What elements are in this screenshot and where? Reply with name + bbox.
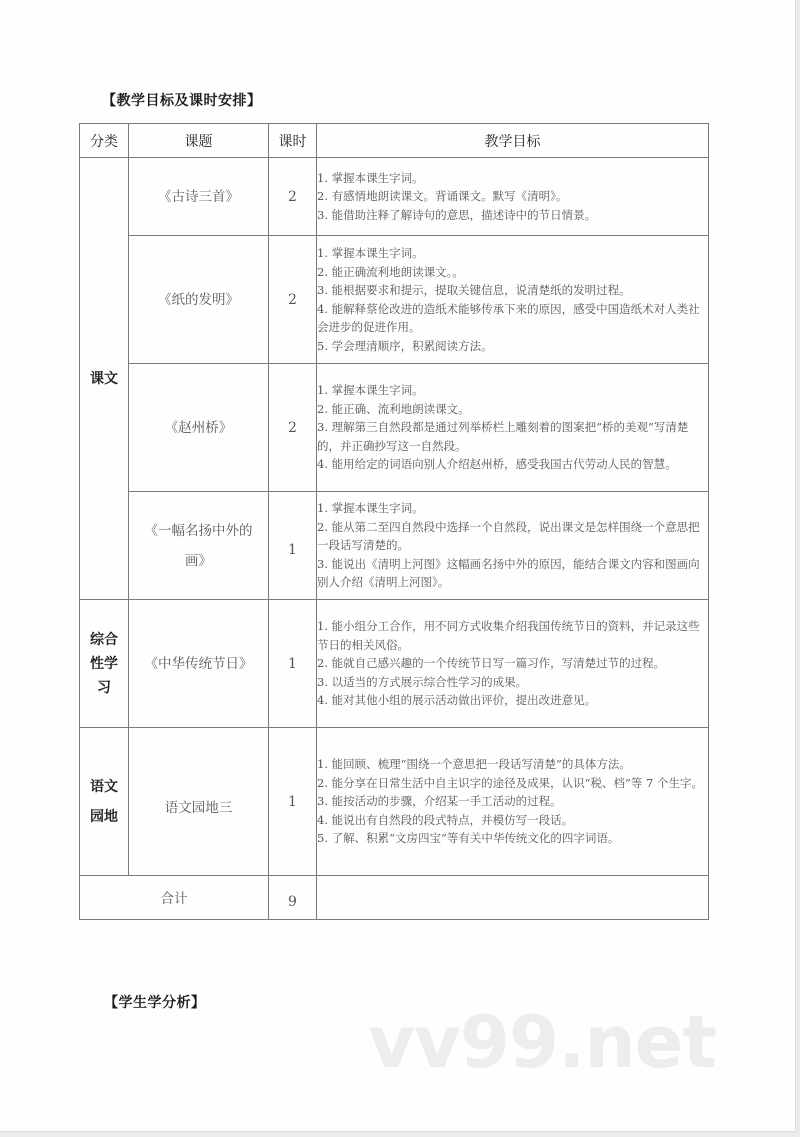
goal-item: 2. 能正确、流利地朗读课文。	[317, 400, 708, 419]
goal-item: 1. 掌握本课生字词。	[317, 499, 708, 518]
total-label: 合计	[80, 876, 269, 920]
goal-item: 4. 能说出有自然段的段式特点，并模仿写一段话。	[317, 811, 708, 830]
header-goals: 教学目标	[317, 124, 709, 158]
goal-item: 2. 能从第二至四自然段中选择一个自然段，说出课文是怎样围绕一个意思把一段话写清…	[317, 518, 708, 555]
section-title-student-analysis: 【学生学分析】	[104, 992, 206, 1012]
lesson-plan-table: 分类 课题 课时 教学目标 课文 《古诗三首》 2 1. 掌握本课生字词。 2.…	[79, 123, 709, 920]
hours-cell: 1	[269, 492, 317, 600]
total-goals	[317, 876, 709, 920]
watermark: vv99.net	[368, 1000, 716, 1084]
lesson-cell: 《古诗三首》	[129, 158, 269, 236]
table-row: 《纸的发明》 2 1. 掌握本课生字词。 2. 能正确流利地朗读课文。。 3. …	[80, 236, 709, 364]
goals-cell: 1. 掌握本课生字词。 2. 有感情地朗读课文。背诵课文。默写《清明》。 3. …	[317, 158, 709, 236]
goal-item: 1. 能回顾、梳理“围绕一个意思把一段话写清楚”的具体方法。	[317, 755, 708, 774]
goals-cell: 1. 掌握本课生字词。 2. 能从第二至四自然段中选择一个自然段，说出课文是怎样…	[317, 492, 709, 600]
table-row: 《赵州桥》 2 1. 掌握本课生字词。 2. 能正确、流利地朗读课文。 3. 理…	[80, 364, 709, 492]
section-title-teaching-goals: 【教学目标及课时安排】	[102, 90, 262, 110]
goal-item: 2. 能就自己感兴趣的一个传统节日写一篇习作，写清楚过节的过程。	[317, 654, 708, 673]
category-label: 语文园地	[90, 779, 118, 825]
table-row: 《一幅名扬中外的画》 1 1. 掌握本课生字词。 2. 能从第二至四自然段中选择…	[80, 492, 709, 600]
hours-cell: 2	[269, 236, 317, 364]
hours-cell: 2	[269, 364, 317, 492]
goals-cell: 1. 掌握本课生字词。 2. 能正确、流利地朗读课文。 3. 理解第三自然段都是…	[317, 364, 709, 492]
hours-cell: 1	[269, 728, 317, 876]
goal-item: 5. 学会理清顺序，积累阅读方法。	[317, 337, 708, 356]
lesson-cell: 《赵州桥》	[129, 364, 269, 492]
goal-item: 2. 能正确流利地朗读课文。。	[317, 263, 708, 282]
goal-item: 3. 能说出《清明上河图》这幅画名扬中外的原因，能结合课文内容和图画向别人介绍《…	[317, 555, 708, 592]
table-header-row: 分类 课题 课时 教学目标	[80, 124, 709, 158]
goals-cell: 1. 能小组分工合作，用不同方式收集介绍我国传统节日的资料，并记录这些节日的相关…	[317, 600, 709, 728]
lesson-cell: 《一幅名扬中外的画》	[129, 492, 269, 600]
goal-item: 4. 能用给定的词语向别人介绍赵州桥，感受我国古代劳动人民的智慧。	[317, 455, 708, 474]
goal-item: 1. 掌握本课生字词。	[317, 244, 708, 263]
goal-item: 1. 掌握本课生字词。	[317, 381, 708, 400]
lesson-cell: 《纸的发明》	[129, 236, 269, 364]
goal-item: 2. 能分享在日常生活中自主识字的途径及成果，认识“税、档”等 7 个生字。	[317, 774, 708, 793]
category-cell: 语文园地	[80, 728, 129, 876]
goal-item: 4. 能对其他小组的展示活动做出评价，提出改进意见。	[317, 691, 708, 710]
goal-item: 3. 能按活动的步骤，介绍某一手工活动的过程。	[317, 792, 708, 811]
hours-cell: 2	[269, 158, 317, 236]
document-page: 【教学目标及课时安排】 分类 课题 课时 教学目标 课文 《古诗三首》 2 1.	[0, 0, 796, 1132]
table-row: 课文 《古诗三首》 2 1. 掌握本课生字词。 2. 有感情地朗读课文。背诵课文…	[80, 158, 709, 236]
goal-item: 1. 掌握本课生字词。	[317, 169, 708, 188]
category-label: 综合性学习	[90, 632, 118, 696]
category-cell: 综合性学习	[80, 600, 129, 728]
table-row: 综合性学习 《中华传统节日》 1 1. 能小组分工合作，用不同方式收集介绍我国传…	[80, 600, 709, 728]
total-row: 合计 9	[80, 876, 709, 920]
category-cell: 课文	[80, 158, 129, 600]
goals-cell: 1. 掌握本课生字词。 2. 能正确流利地朗读课文。。 3. 能根据要求和提示，…	[317, 236, 709, 364]
table-row: 语文园地 语文园地三 1 1. 能回顾、梳理“围绕一个意思把一段话写清楚”的具体…	[80, 728, 709, 876]
header-lesson: 课题	[129, 124, 269, 158]
goal-item: 1. 能小组分工合作，用不同方式收集介绍我国传统节日的资料，并记录这些节日的相关…	[317, 617, 708, 654]
goal-item: 2. 有感情地朗读课文。背诵课文。默写《清明》。	[317, 187, 708, 206]
lesson-cell: 《中华传统节日》	[129, 600, 269, 728]
goal-item: 3. 以适当的方式展示综合性学习的成果。	[317, 673, 708, 692]
hours-cell: 1	[269, 600, 317, 728]
goals-cell: 1. 能回顾、梳理“围绕一个意思把一段话写清楚”的具体方法。 2. 能分享在日常…	[317, 728, 709, 876]
header-hours: 课时	[269, 124, 317, 158]
goal-item: 3. 能借助注释了解诗句的意思，描述诗中的节日情景。	[317, 206, 708, 225]
total-hours: 9	[269, 876, 317, 920]
goal-item: 5. 了解、积累“文房四宝”等有关中华传统文化的四字词语。	[317, 829, 708, 848]
goal-item: 3. 理解第三自然段都是通过列举桥栏上雕刻着的图案把“桥的美观”写清楚的，并正确…	[317, 418, 708, 455]
goal-item: 3. 能根据要求和提示，提取关键信息，说清楚纸的发明过程。	[317, 281, 708, 300]
goal-item: 4. 能解释蔡伦改进的造纸术能够传承下来的原因，感受中国造纸术对人类社会进步的促…	[317, 300, 708, 337]
header-category: 分类	[80, 124, 129, 158]
lesson-cell: 语文园地三	[129, 728, 269, 876]
